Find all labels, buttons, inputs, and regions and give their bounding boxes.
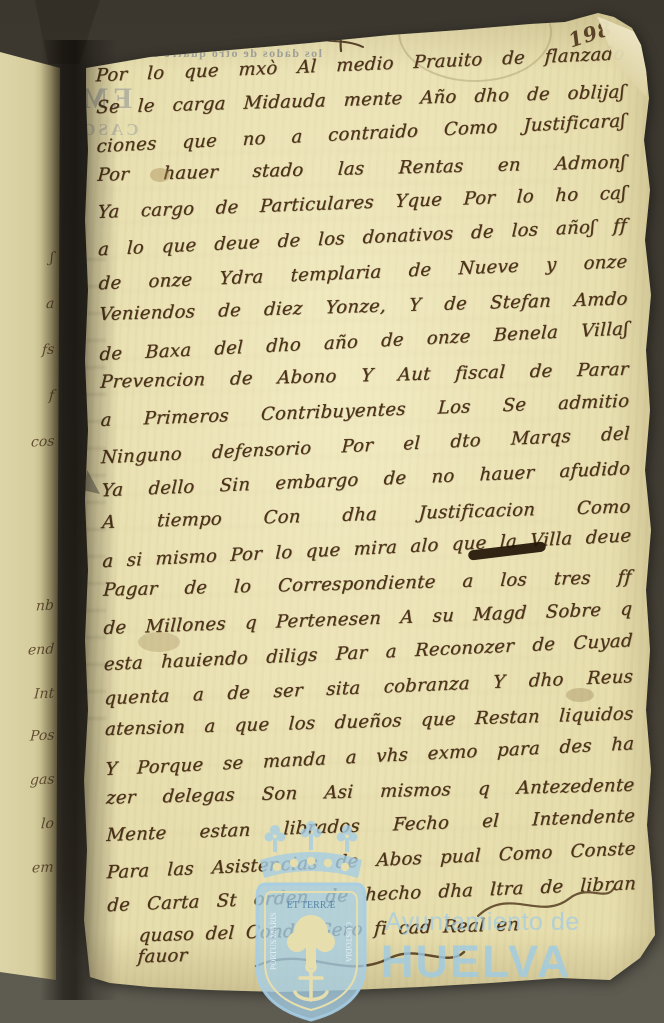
paper-stain — [138, 632, 180, 652]
ink-showthrough-column — [56, 258, 106, 738]
manuscript-page: los dados de otro quatro mrs EMI CASOR 1… — [0, 0, 664, 1023]
cross-mark-icon — [316, 24, 368, 58]
flourish-stroke — [470, 876, 620, 932]
paper-stain — [566, 688, 594, 702]
document-scan: ʃafsfcosnbendIntPosgasloem los dados de … — [0, 0, 664, 1023]
signature-paraph — [250, 938, 470, 984]
manuscript-page-wrap: los dados de otro quatro mrs EMI CASOR 1… — [0, 0, 664, 1023]
manuscript-line: Se le carga Midauda mente Año dho de obl… — [96, 81, 626, 118]
paper-stain — [150, 168, 170, 182]
